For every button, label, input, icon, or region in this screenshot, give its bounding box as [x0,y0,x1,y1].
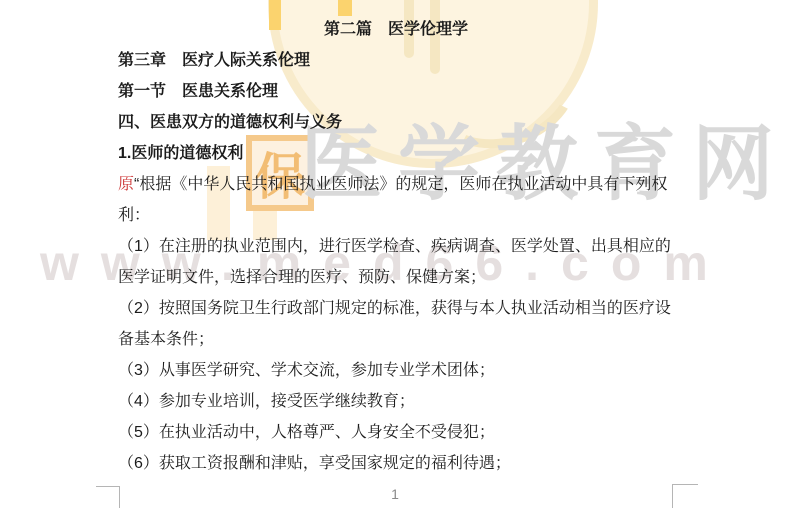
right-item-line: （5）在执业活动中，人格尊严、人身安全不受侵犯； [118,417,674,448]
text-boundary-mark-bottom-left [96,486,120,508]
right-item-line: （2）按照国务院卫生行政部门规定的标准，获得与本人执业活动相当的医疗设 [118,293,674,324]
answer-intro-continuation: 利： [118,200,674,231]
topic-heading: 四、医患双方的道德权利与义务 [118,107,674,138]
answer-intro-line: 原“根据《中华人民共和国执业医师法》的规定，医师在执业活动中具有下列权 [118,169,674,200]
right-item-line: （6）获取工资报酬和津贴，享受国家规定的福利待遇； [118,448,674,479]
right-item-line: （4）参加专业培训，接受医学继续教育； [118,386,674,417]
section-heading: 第一节 医患关系伦理 [118,76,674,107]
chapter-heading: 第三章 医疗人际关系伦理 [118,45,674,76]
right-item-line: 备基本条件； [118,324,674,355]
answer-marker: 原 [118,176,134,193]
text-boundary-mark-bottom-right [672,484,698,508]
document-body: 第二篇 医学伦理学 第三章 医疗人际关系伦理 第一节 医患关系伦理 四、医患双方… [118,14,674,479]
right-item-line: 医学证明文件，选择合理的医疗、预防、保健方案； [118,262,674,293]
answer-intro-text: “根据《中华人民共和国执业医师法》的规定，医师在执业活动中具有下列权 [134,176,667,193]
subtopic-heading: 1.医师的道德权利 [118,138,674,169]
right-item-line: （1）在注册的执业范围内，进行医学检查、疾病调查、医学处置、出具相应的 [118,231,674,262]
document-page: { "doc": { "title": "第二篇 医学伦理学", "chapte… [0,0,790,529]
part-title: 第二篇 医学伦理学 [118,14,674,45]
right-item-line: （3）从事医学研究、学术交流，参加专业学术团体； [118,355,674,386]
